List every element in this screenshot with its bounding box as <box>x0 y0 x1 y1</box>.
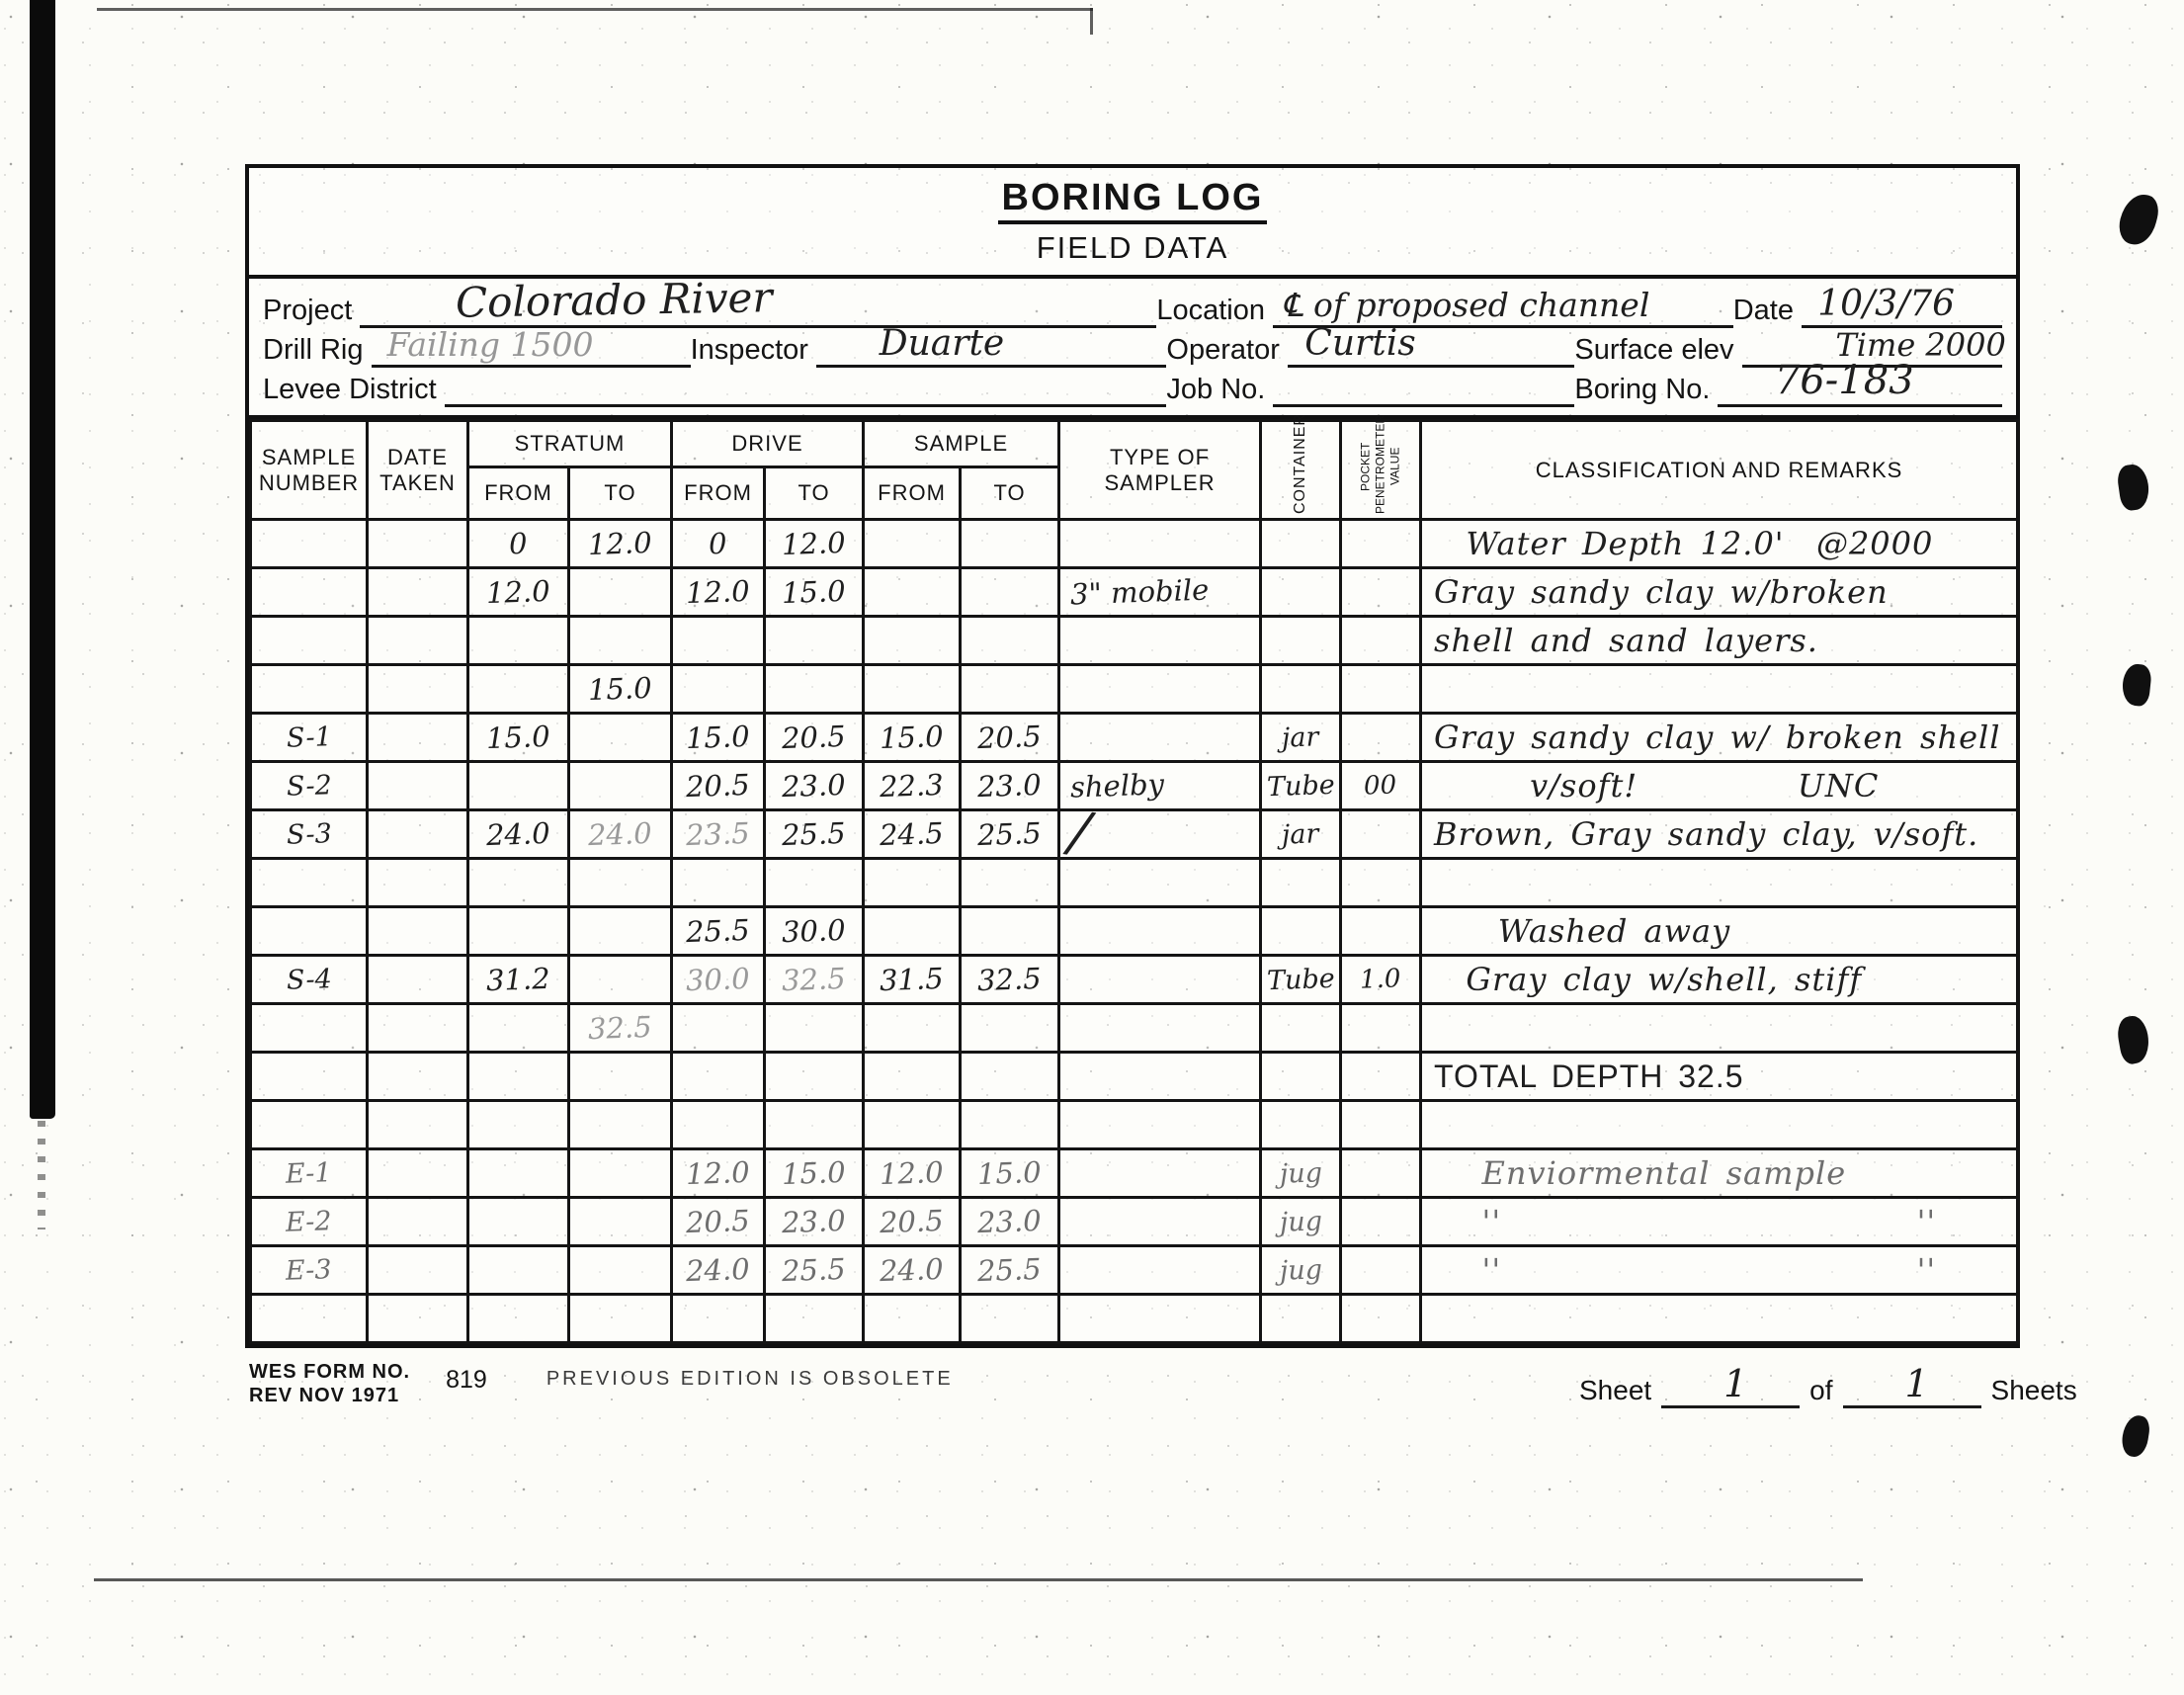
handwritten-entry: 00 <box>1364 770 1397 801</box>
cell-sample_from <box>864 1004 961 1053</box>
cell-sample_no: S-3 <box>251 810 368 859</box>
handwritten-entry: 20.5 <box>686 1204 751 1239</box>
sheet-count: Sheet 1 of 1 Sheets <box>1573 1366 2083 1408</box>
handwritten-entry: jug <box>1279 1157 1322 1189</box>
handwritten-entry: 15.0 <box>977 1155 1043 1191</box>
handwritten-entry: 20.5 <box>686 768 751 804</box>
cell-stratum_to <box>569 1246 672 1295</box>
cell-sample_from <box>864 1295 961 1343</box>
cell-remarks <box>1421 1101 2018 1149</box>
cell-container: jar <box>1261 810 1341 859</box>
cell-penetrometer <box>1341 1004 1421 1053</box>
cell-sampler <box>1059 907 1261 956</box>
cell-sampler <box>1059 520 1261 568</box>
cell-drive_from <box>672 1101 765 1149</box>
cell-stratum_from <box>468 1053 569 1101</box>
boring-log-form: BORING LOG FIELD DATA Project Colorado R… <box>245 164 2020 1348</box>
handwritten-entry: shell and sand layers. <box>1434 622 1818 659</box>
date-label: Date <box>1733 295 1802 328</box>
sheet-number-line: 1 <box>1661 1366 1800 1408</box>
handwritten-entry: shelby <box>1069 767 1164 804</box>
form-number-block: WES FORM NO. REV NOV 1971 <box>249 1360 410 1407</box>
cell-sample_from <box>864 1053 961 1101</box>
scan-artifact-blob <box>2121 663 2152 708</box>
cell-container <box>1261 665 1341 714</box>
cell-stratum_from <box>468 665 569 714</box>
cell-drive_from <box>672 1004 765 1053</box>
boring-no-label: Boring No. <box>1574 374 1718 407</box>
cell-penetrometer: 1.0 <box>1341 956 1421 1004</box>
cell-remarks: Gray clay w/shell, stiff <box>1421 956 2018 1004</box>
cell-sample_to: 15.0 <box>961 1149 1059 1198</box>
col-header-remarks: CLASSIFICATION AND REMARKS <box>1421 421 2018 520</box>
cell-date_taken <box>368 762 468 810</box>
table-row: S-431.230.032.531.532.5Tube1.0 Gray clay… <box>251 956 2018 1004</box>
cell-container <box>1261 859 1341 907</box>
handwritten-entry: Brown, Gray sandy clay, v/soft. <box>1434 815 1978 853</box>
cell-sample_from: 24.5 <box>864 810 961 859</box>
cell-sample_no <box>251 568 368 617</box>
cell-drive_from <box>672 1053 765 1101</box>
location-value: ℄ of proposed channel <box>1282 286 1649 324</box>
levee-district-label: Levee District <box>263 374 445 407</box>
handwritten-entry: 24.5 <box>880 816 945 852</box>
handwritten-entry: 15.0 <box>880 720 945 755</box>
handwritten-entry: Gray clay w/shell, stiff <box>1434 961 1862 998</box>
handwritten-entry: 12.0 <box>880 1155 945 1191</box>
handwritten-entry: 24.0 <box>880 1252 945 1288</box>
cell-drive_to <box>765 859 864 907</box>
handwritten-entry: 24.0 <box>686 1252 751 1288</box>
sheet-number-value: 1 <box>1723 1362 1747 1405</box>
handwritten-entry: '' '' <box>1434 1251 1936 1289</box>
cell-date_taken <box>368 568 468 617</box>
cell-penetrometer <box>1341 1053 1421 1101</box>
cell-sampler <box>1059 859 1261 907</box>
handwritten-entry: 20.5 <box>782 720 847 755</box>
cell-drive_to <box>765 1295 864 1343</box>
handwritten-entry: S-1 <box>286 721 332 754</box>
cell-date_taken <box>368 617 468 665</box>
cell-sample_no <box>251 665 368 714</box>
cell-sampler <box>1059 1246 1261 1295</box>
handwritten-entry: 25.5 <box>977 1252 1043 1288</box>
boring-log-table: SAMPLE NUMBER DATE TAKEN STRATUM DRIVE S… <box>249 419 2019 1344</box>
field-location: Location ℄ of proposed channel <box>1156 288 1732 328</box>
obsolete-note: PREVIOUS EDITION IS OBSOLETE <box>546 1368 954 1391</box>
cell-container: Tube <box>1261 956 1341 1004</box>
handwritten-entry: 15.0 <box>588 671 653 707</box>
cell-container: jar <box>1261 714 1341 762</box>
cell-drive_from: 20.5 <box>672 1198 765 1246</box>
location-line: ℄ of proposed channel <box>1273 288 1733 328</box>
cell-date_taken <box>368 907 468 956</box>
cell-penetrometer <box>1341 1149 1421 1198</box>
cell-stratum_from: 15.0 <box>468 714 569 762</box>
cell-drive_to: 15.0 <box>765 1149 864 1198</box>
cell-sample_to <box>961 1053 1059 1101</box>
table-row: shell and sand layers. <box>251 617 2018 665</box>
cell-container <box>1261 1053 1341 1101</box>
cell-sample_no: E-2 <box>251 1198 368 1246</box>
cell-drive_to <box>765 665 864 714</box>
cell-sample_from: 31.5 <box>864 956 961 1004</box>
cell-stratum_from: 0 <box>468 520 569 568</box>
handwritten-entry: Tube <box>1266 769 1335 802</box>
handwritten-entry: 0 <box>709 527 728 561</box>
handwritten-entry: 32.5 <box>588 1010 653 1046</box>
table-header: SAMPLE NUMBER DATE TAKEN STRATUM DRIVE S… <box>251 421 2018 520</box>
cell-drive_from <box>672 1295 765 1343</box>
handwritten-entry: S-2 <box>286 770 332 803</box>
handwritten-entry: 15.0 <box>782 1155 847 1191</box>
col-header-date-taken: DATE TAKEN <box>368 421 468 520</box>
cell-sample_to <box>961 859 1059 907</box>
cell-remarks: Water Depth 12.0' @2000 <box>1421 520 2018 568</box>
cell-stratum_to: 24.0 <box>569 810 672 859</box>
handwritten-entry: '' '' <box>1434 1203 1936 1240</box>
cell-sample_from <box>864 907 961 956</box>
cell-sample_to <box>961 1004 1059 1053</box>
cell-sample_no <box>251 907 368 956</box>
cell-remarks: Washed away <box>1421 907 2018 956</box>
col-header-sample: SAMPLE <box>864 421 1059 467</box>
cell-remarks: Gray sandy clay w/ broken shell <box>1421 714 2018 762</box>
operator-value: Curtis <box>1304 323 1415 364</box>
handwritten-entry: Gray sandy clay w/broken <box>1434 573 1889 611</box>
handwritten-entry: 23.0 <box>977 1204 1043 1239</box>
cell-sample_to <box>961 665 1059 714</box>
cell-date_taken <box>368 1198 468 1246</box>
project-line: Colorado River <box>360 288 1156 328</box>
cell-container: jug <box>1261 1198 1341 1246</box>
cell-drive_from: 15.0 <box>672 714 765 762</box>
handwritten-entry: / <box>1067 811 1091 852</box>
table-row <box>251 1295 2018 1343</box>
table-row: S-220.523.022.323.0shelbyTube00 v/soft! … <box>251 762 2018 810</box>
cell-sample_no: S-2 <box>251 762 368 810</box>
cell-drive_from: 30.0 <box>672 956 765 1004</box>
levee-district-line <box>445 367 1167 407</box>
field-boring-no: Boring No. 76-183 <box>1574 367 2002 407</box>
field-operator: Operator Curtis <box>1166 327 1574 368</box>
col-header-stratum-to: TO <box>569 467 672 520</box>
handwritten-entry: 23.0 <box>782 768 847 804</box>
handwritten-entry: 22.3 <box>880 768 945 804</box>
cell-drive_to <box>765 617 864 665</box>
cell-drive_from: 0 <box>672 520 765 568</box>
cell-sample_to: 23.0 <box>961 1198 1059 1246</box>
scan-artifact-blob <box>2115 190 2162 248</box>
cell-penetrometer <box>1341 907 1421 956</box>
cell-sample_from: 22.3 <box>864 762 961 810</box>
cell-stratum_from: 31.2 <box>468 956 569 1004</box>
handwritten-entry: Tube <box>1266 963 1335 995</box>
of-label: of <box>1804 1375 1838 1408</box>
cell-drive_to: 25.5 <box>765 1246 864 1295</box>
cell-drive_to <box>765 1004 864 1053</box>
table-row: 25.530.0 Washed away <box>251 907 2018 956</box>
cell-drive_from <box>672 859 765 907</box>
handwritten-entry: 12.0 <box>686 1155 751 1191</box>
cell-stratum_from <box>468 1004 569 1053</box>
field-levee-district: Levee District <box>263 367 1166 407</box>
cell-sample_from <box>864 520 961 568</box>
cell-stratum_from <box>468 1198 569 1246</box>
handwritten-entry: 31.2 <box>486 962 551 997</box>
cell-remarks <box>1421 1004 2018 1053</box>
cell-sample_from <box>864 568 961 617</box>
cell-penetrometer <box>1341 520 1421 568</box>
cell-date_taken <box>368 520 468 568</box>
table-row: E-324.025.524.025.5jug '' '' <box>251 1246 2018 1295</box>
cell-stratum_to <box>569 956 672 1004</box>
form-number: 819 <box>446 1366 487 1395</box>
cell-remarks: Enviormental sample <box>1421 1149 2018 1198</box>
cell-remarks: Gray sandy clay w/broken <box>1421 568 2018 617</box>
handwritten-entry: 12.0 <box>588 526 653 561</box>
cell-stratum_to <box>569 1198 672 1246</box>
cell-stratum_to <box>569 1149 672 1198</box>
field-job-no: Job No. <box>1166 367 1574 407</box>
cell-sampler <box>1059 665 1261 714</box>
handwritten-entry: E-3 <box>286 1254 333 1287</box>
col-header-stratum: STRATUM <box>468 421 672 467</box>
cell-stratum_from <box>468 617 569 665</box>
cell-drive_from: 20.5 <box>672 762 765 810</box>
cell-date_taken <box>368 1101 468 1149</box>
cell-drive_to: 23.0 <box>765 762 864 810</box>
handwritten-entry: 1.0 <box>1360 964 1401 994</box>
cell-penetrometer <box>1341 665 1421 714</box>
cell-penetrometer <box>1341 1198 1421 1246</box>
cell-date_taken <box>368 810 468 859</box>
handwritten-entry: E-2 <box>286 1206 333 1238</box>
handwritten-entry: jug <box>1279 1206 1322 1237</box>
handwritten-entry: 25.5 <box>782 1252 847 1288</box>
date-line: 10/3/76 <box>1802 288 2002 328</box>
cell-stratum_to <box>569 714 672 762</box>
table-row: E-220.523.020.523.0jug '' '' <box>251 1198 2018 1246</box>
cell-stratum_to <box>569 568 672 617</box>
handwritten-entry: 25.5 <box>686 913 751 949</box>
table-row: E-112.015.012.015.0jug Enviormental samp… <box>251 1149 2018 1198</box>
handwritten-entry: 32.5 <box>782 962 847 997</box>
form-rev-label: REV NOV 1971 <box>249 1384 410 1407</box>
inspector-label: Inspector <box>691 334 816 368</box>
table-row: 12.012.015.03" mobileGray sandy clay w/b… <box>251 568 2018 617</box>
scan-artifact-blob <box>2120 1413 2151 1459</box>
cell-stratum_to: 15.0 <box>569 665 672 714</box>
handwritten-entry: S-3 <box>286 818 332 851</box>
cell-drive_to: 30.0 <box>765 907 864 956</box>
cell-container <box>1261 1101 1341 1149</box>
field-date: Date 10/3/76 <box>1733 288 2002 328</box>
form-no-label: WES FORM NO. <box>249 1360 410 1384</box>
cell-date_taken <box>368 665 468 714</box>
boring-no-line: 76-183 <box>1718 367 2002 407</box>
handwritten-entry: 25.5 <box>782 816 847 852</box>
handwritten-entry: 32.5 <box>977 962 1043 997</box>
cell-penetrometer <box>1341 1246 1421 1295</box>
handwritten-entry: 30.0 <box>686 962 751 997</box>
cell-stratum_from <box>468 859 569 907</box>
cell-sampler <box>1059 1101 1261 1149</box>
cell-stratum_from <box>468 762 569 810</box>
handwritten-entry: 0 <box>509 527 529 561</box>
cell-sample_to <box>961 907 1059 956</box>
cell-sample_no: S-4 <box>251 956 368 1004</box>
cell-sample_to: 32.5 <box>961 956 1059 1004</box>
cell-sampler: / <box>1059 810 1261 859</box>
cell-sample_no: S-1 <box>251 714 368 762</box>
cell-date_taken <box>368 956 468 1004</box>
form-title: BORING LOG <box>998 177 1268 224</box>
table-row: 15.0 <box>251 665 2018 714</box>
col-header-container: CONTAINER <box>1261 421 1341 520</box>
col-header-drive-from: FROM <box>672 467 765 520</box>
cell-penetrometer <box>1341 568 1421 617</box>
cell-date_taken <box>368 1149 468 1198</box>
cell-sampler <box>1059 1149 1261 1198</box>
cell-container <box>1261 617 1341 665</box>
cell-sample_to <box>961 617 1059 665</box>
cell-remarks: '' '' <box>1421 1246 2018 1295</box>
cell-stratum_to <box>569 1101 672 1149</box>
sheets-label: Sheets <box>1985 1375 2083 1408</box>
cell-stratum_to: 12.0 <box>569 520 672 568</box>
boring-log-table-body: 012.0012.0 Water Depth 12.0' @200012.012… <box>251 520 2018 1343</box>
cell-stratum_from <box>468 1246 569 1295</box>
cell-container <box>1261 1295 1341 1343</box>
handwritten-entry: Water Depth 12.0' @2000 <box>1434 525 1933 562</box>
cell-stratum_from <box>468 1101 569 1149</box>
cell-sampler <box>1059 956 1261 1004</box>
cell-stratum_from <box>468 1295 569 1343</box>
cell-stratum_from: 24.0 <box>468 810 569 859</box>
project-label: Project <box>263 295 360 328</box>
cell-penetrometer <box>1341 1101 1421 1149</box>
cell-remarks: Brown, Gray sandy clay, v/soft. <box>1421 810 2018 859</box>
cell-stratum_to <box>569 859 672 907</box>
header-row-1: Project Colorado River Location ℄ of pro… <box>263 289 2002 328</box>
cell-sample_no <box>251 617 368 665</box>
scan-artifact-blob <box>2116 463 2151 512</box>
cell-stratum_from <box>468 907 569 956</box>
cell-sample_from <box>864 617 961 665</box>
cell-stratum_to: 32.5 <box>569 1004 672 1053</box>
cell-container <box>1261 1004 1341 1053</box>
inspector-value: Duarte <box>880 323 1005 364</box>
cell-penetrometer <box>1341 859 1421 907</box>
handwritten-entry: 3" mobile <box>1069 573 1209 612</box>
cell-remarks <box>1421 665 2018 714</box>
cell-remarks <box>1421 859 2018 907</box>
cell-drive_to: 23.0 <box>765 1198 864 1246</box>
cell-penetrometer: 00 <box>1341 762 1421 810</box>
col-header-drive: DRIVE <box>672 421 864 467</box>
col-header-drive-to: TO <box>765 467 864 520</box>
header-fields: Project Colorado River Location ℄ of pro… <box>249 279 2016 419</box>
handwritten-entry: S-4 <box>286 964 332 996</box>
handwritten-entry: 25.5 <box>977 816 1043 852</box>
handwritten-entry: TOTAL DEPTH 32.5 <box>1434 1059 1744 1095</box>
cell-drive_to <box>765 1101 864 1149</box>
handwritten-entry: 23.0 <box>782 1204 847 1239</box>
cell-sampler <box>1059 1004 1261 1053</box>
cell-container: Tube <box>1261 762 1341 810</box>
footer-left: WES FORM NO. REV NOV 1971 819 PREVIOUS E… <box>249 1360 954 1407</box>
handwritten-entry: 31.5 <box>880 962 945 997</box>
field-drill-rig: Drill Rig Failing 1500 <box>263 327 691 368</box>
cell-sample_no <box>251 1101 368 1149</box>
cell-stratum_to <box>569 762 672 810</box>
header-row-2: Drill Rig Failing 1500 Inspector Duarte … <box>263 328 2002 368</box>
surface-elev-label: Surface elev <box>1574 334 1741 368</box>
date-value: 10/3/76 <box>1817 284 1955 324</box>
handwritten-entry: 24.0 <box>486 816 551 852</box>
table-row <box>251 859 2018 907</box>
cell-drive_to <box>765 1053 864 1101</box>
cell-sampler <box>1059 714 1261 762</box>
handwritten-entry: Washed away <box>1434 912 1730 950</box>
cell-sample_no <box>251 1004 368 1053</box>
job-no-label: Job No. <box>1166 374 1273 407</box>
cell-penetrometer <box>1341 810 1421 859</box>
table-row: TOTAL DEPTH 32.5 <box>251 1053 2018 1101</box>
cell-container: jug <box>1261 1246 1341 1295</box>
cell-sample_from: 24.0 <box>864 1246 961 1295</box>
col-header-penetrometer: POCKET PENETROMETER VALUE <box>1341 421 1421 520</box>
scanned-boring-log-page: BORING LOG FIELD DATA Project Colorado R… <box>0 0 2184 1695</box>
cell-stratum_from <box>468 1149 569 1198</box>
field-inspector: Inspector Duarte <box>691 327 1167 368</box>
table-row: 32.5 <box>251 1004 2018 1053</box>
cell-sample_from: 15.0 <box>864 714 961 762</box>
handwritten-entry: 23.0 <box>977 768 1043 804</box>
job-no-line <box>1273 367 1574 407</box>
cell-drive_to: 20.5 <box>765 714 864 762</box>
handwritten-entry: Enviormental sample <box>1434 1154 1846 1192</box>
cell-stratum_to <box>569 617 672 665</box>
cell-drive_to: 32.5 <box>765 956 864 1004</box>
handwritten-entry: 15.0 <box>686 720 751 755</box>
cell-stratum_to <box>569 907 672 956</box>
handwritten-entry: 20.5 <box>880 1204 945 1239</box>
sheets-total-line: 1 <box>1843 1366 1981 1408</box>
cell-sample_no: E-1 <box>251 1149 368 1198</box>
cell-sample_no <box>251 859 368 907</box>
cell-container <box>1261 568 1341 617</box>
sheet-label: Sheet <box>1573 1375 1657 1408</box>
handwritten-entry: 12.0 <box>686 574 751 610</box>
cell-container <box>1261 907 1341 956</box>
cell-drive_from: 12.0 <box>672 568 765 617</box>
cell-sampler <box>1059 617 1261 665</box>
col-header-type-of-sampler: TYPE OF SAMPLER <box>1059 421 1261 520</box>
cell-sample_to <box>961 1295 1059 1343</box>
cell-date_taken <box>368 1004 468 1053</box>
cell-stratum_from: 12.0 <box>468 568 569 617</box>
scan-artifact-left-bar-tail <box>38 1121 45 1229</box>
cell-sample_from: 12.0 <box>864 1149 961 1198</box>
cell-date_taken <box>368 1246 468 1295</box>
cell-sampler <box>1059 1053 1261 1101</box>
cell-sampler <box>1059 1295 1261 1343</box>
field-project: Project Colorado River <box>263 288 1156 328</box>
cell-sample_from <box>864 665 961 714</box>
cell-remarks: '' '' <box>1421 1198 2018 1246</box>
